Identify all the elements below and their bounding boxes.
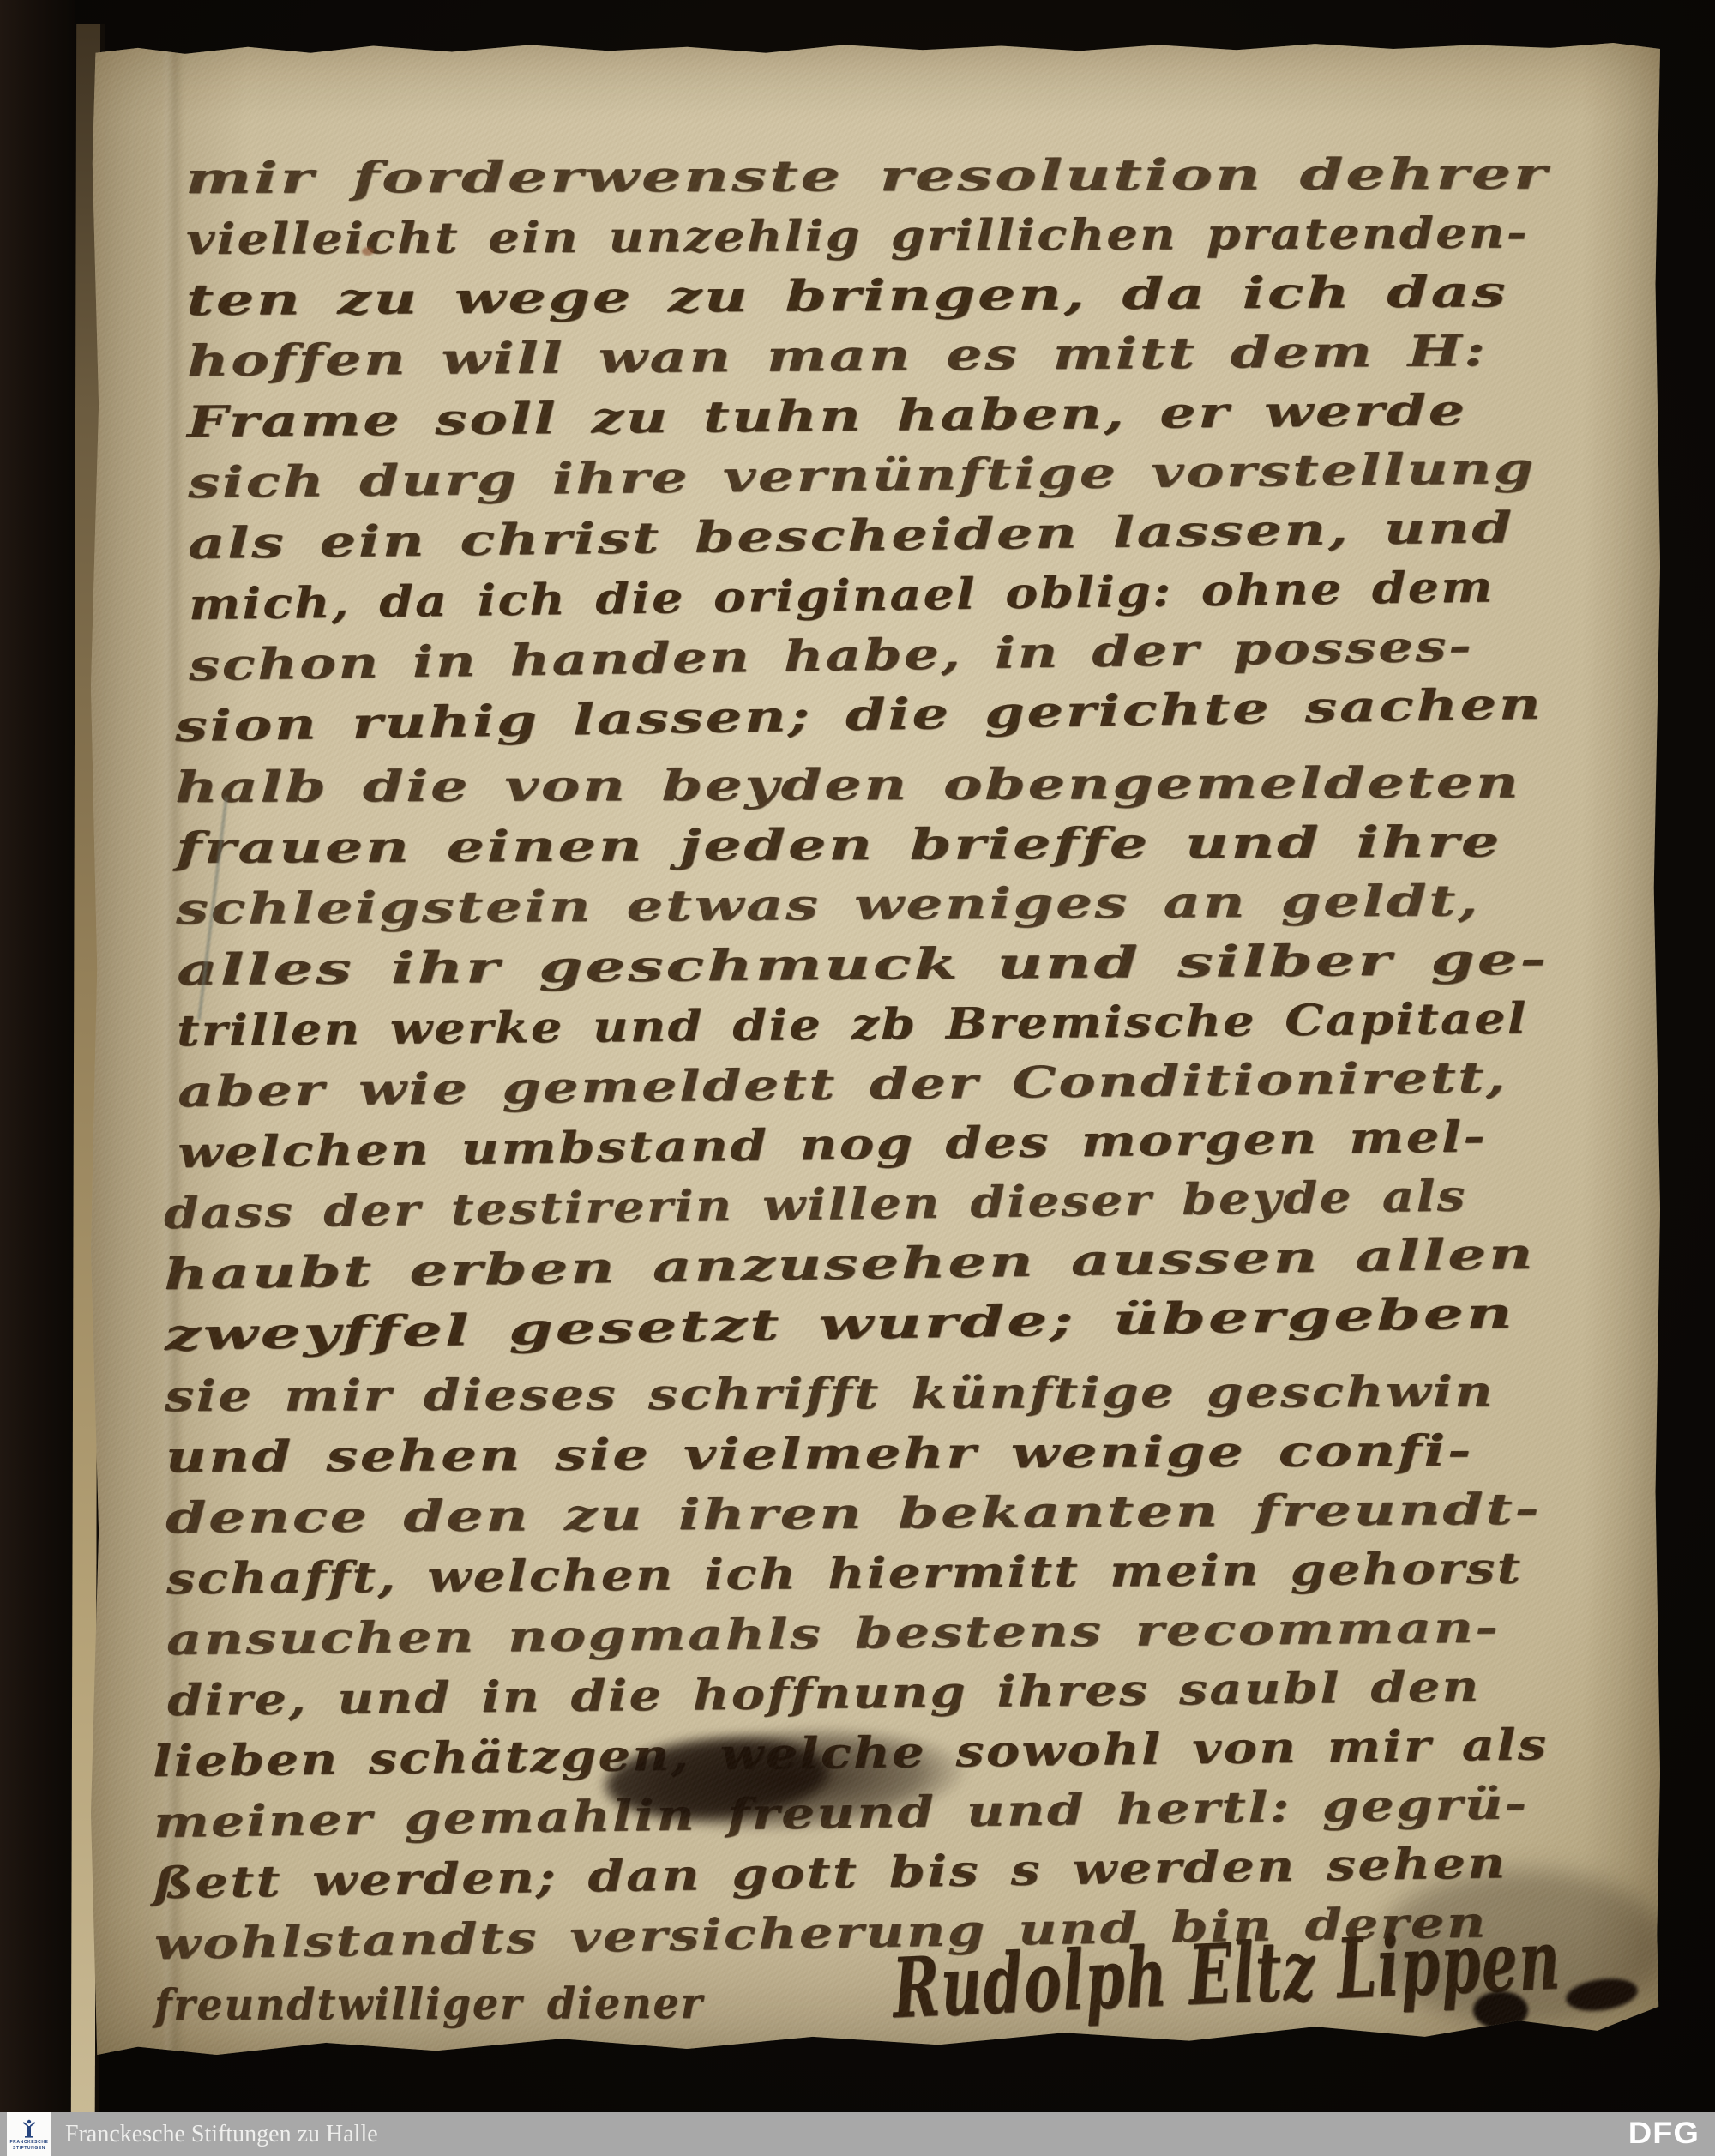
manuscript-line: ßett werden; dan gott bis s werden sehen — [153, 1837, 1507, 1908]
logo-caption-line2: STIFTUNGEN — [13, 2146, 45, 2151]
manuscript-line: schleigstein etwas weniges an geldt, — [176, 875, 1480, 934]
manuscript-line: ansuchen nogmahls bestens recomman- — [166, 1602, 1501, 1665]
manuscript-line: alles ihr geschmuck und silber ge- — [176, 933, 1548, 995]
institution-name: Franckesche Stiftungen zu Halle — [65, 2112, 378, 2156]
manuscript-line: vielleicht ein unzehlig grillichen prate… — [185, 207, 1528, 264]
manuscript-line: aber wie gemeldett der Conditionirett, — [177, 1051, 1507, 1117]
manuscript-line: schon in handen habe, in der posses- — [189, 620, 1474, 690]
manuscript-page: mir forderwenste resolution dehrervielle… — [91, 43, 1660, 2055]
manuscript-line: frauen einen jeden brieffe und ihre — [175, 816, 1501, 873]
institution-bar: FRANCKESCHE STIFTUNGEN Franckesche Stift… — [0, 2112, 1715, 2156]
manuscript-photo: mir forderwenste resolution dehrervielle… — [0, 0, 1715, 2156]
manuscript-line: als ein christ bescheiden lassen, und — [188, 502, 1514, 569]
paper-stain — [362, 247, 374, 256]
manuscript-line: dence den zu ihren bekanten freundt- — [165, 1484, 1541, 1543]
manuscript-line: schafft, welchen ich hiermitt mein gehor… — [165, 1543, 1522, 1604]
manuscript-line: trillen werke und die zb Bremische Capit… — [177, 992, 1528, 1056]
manuscript-line: welchen umbstand nog des morgen mel- — [178, 1111, 1488, 1177]
manuscript-line: dass der testirerin willen dieser beyde … — [163, 1170, 1466, 1238]
franckesche-stiftungen-logo-icon — [19, 2118, 39, 2139]
manuscript-line: ten zu wege zu bringen, da ich das — [186, 266, 1508, 325]
manuscript-line: wohlstandts versicherung und bin deren — [153, 1896, 1488, 1969]
manuscript-line: mir forderwenste resolution dehrer — [185, 148, 1549, 203]
manuscript-line: sich durg ihre vernünftige vorstellung — [187, 443, 1535, 508]
manuscript-line: zweyffel gesetzt wurde; übergeben — [164, 1287, 1514, 1360]
franckesche-stiftungen-logo: FRANCKESCHE STIFTUNGEN — [7, 2112, 51, 2156]
manuscript-line: sie mir dieses schrifft künftige geschwi… — [165, 1366, 1495, 1421]
book-cover-edge — [0, 0, 75, 2156]
manuscript-line: haubt erben anzusehen aussen allen — [164, 1228, 1536, 1299]
manuscript-line: freundtwilliger diener — [154, 1978, 704, 2030]
ink-blot — [1473, 1991, 1528, 2029]
logo-caption-line1: FRANCKESCHE — [10, 2140, 49, 2145]
manuscript-line: und sehen sie vielmehr wenige confi- — [165, 1425, 1472, 1482]
manuscript-line: Frame soll zu tuhn haben, er werde — [187, 384, 1467, 447]
manuscript-line: halb die von beyden obengemeldeten — [175, 757, 1520, 812]
manuscript-line: sion ruhig lassen; die gerichte sachen — [174, 678, 1543, 751]
manuscript-line: hoffen will wan man es mitt dem H: — [186, 325, 1487, 386]
dfg-logo: DFG — [1628, 2114, 1700, 2154]
manuscript-line: mich, da ich die originael oblig: ohne d… — [188, 561, 1494, 629]
